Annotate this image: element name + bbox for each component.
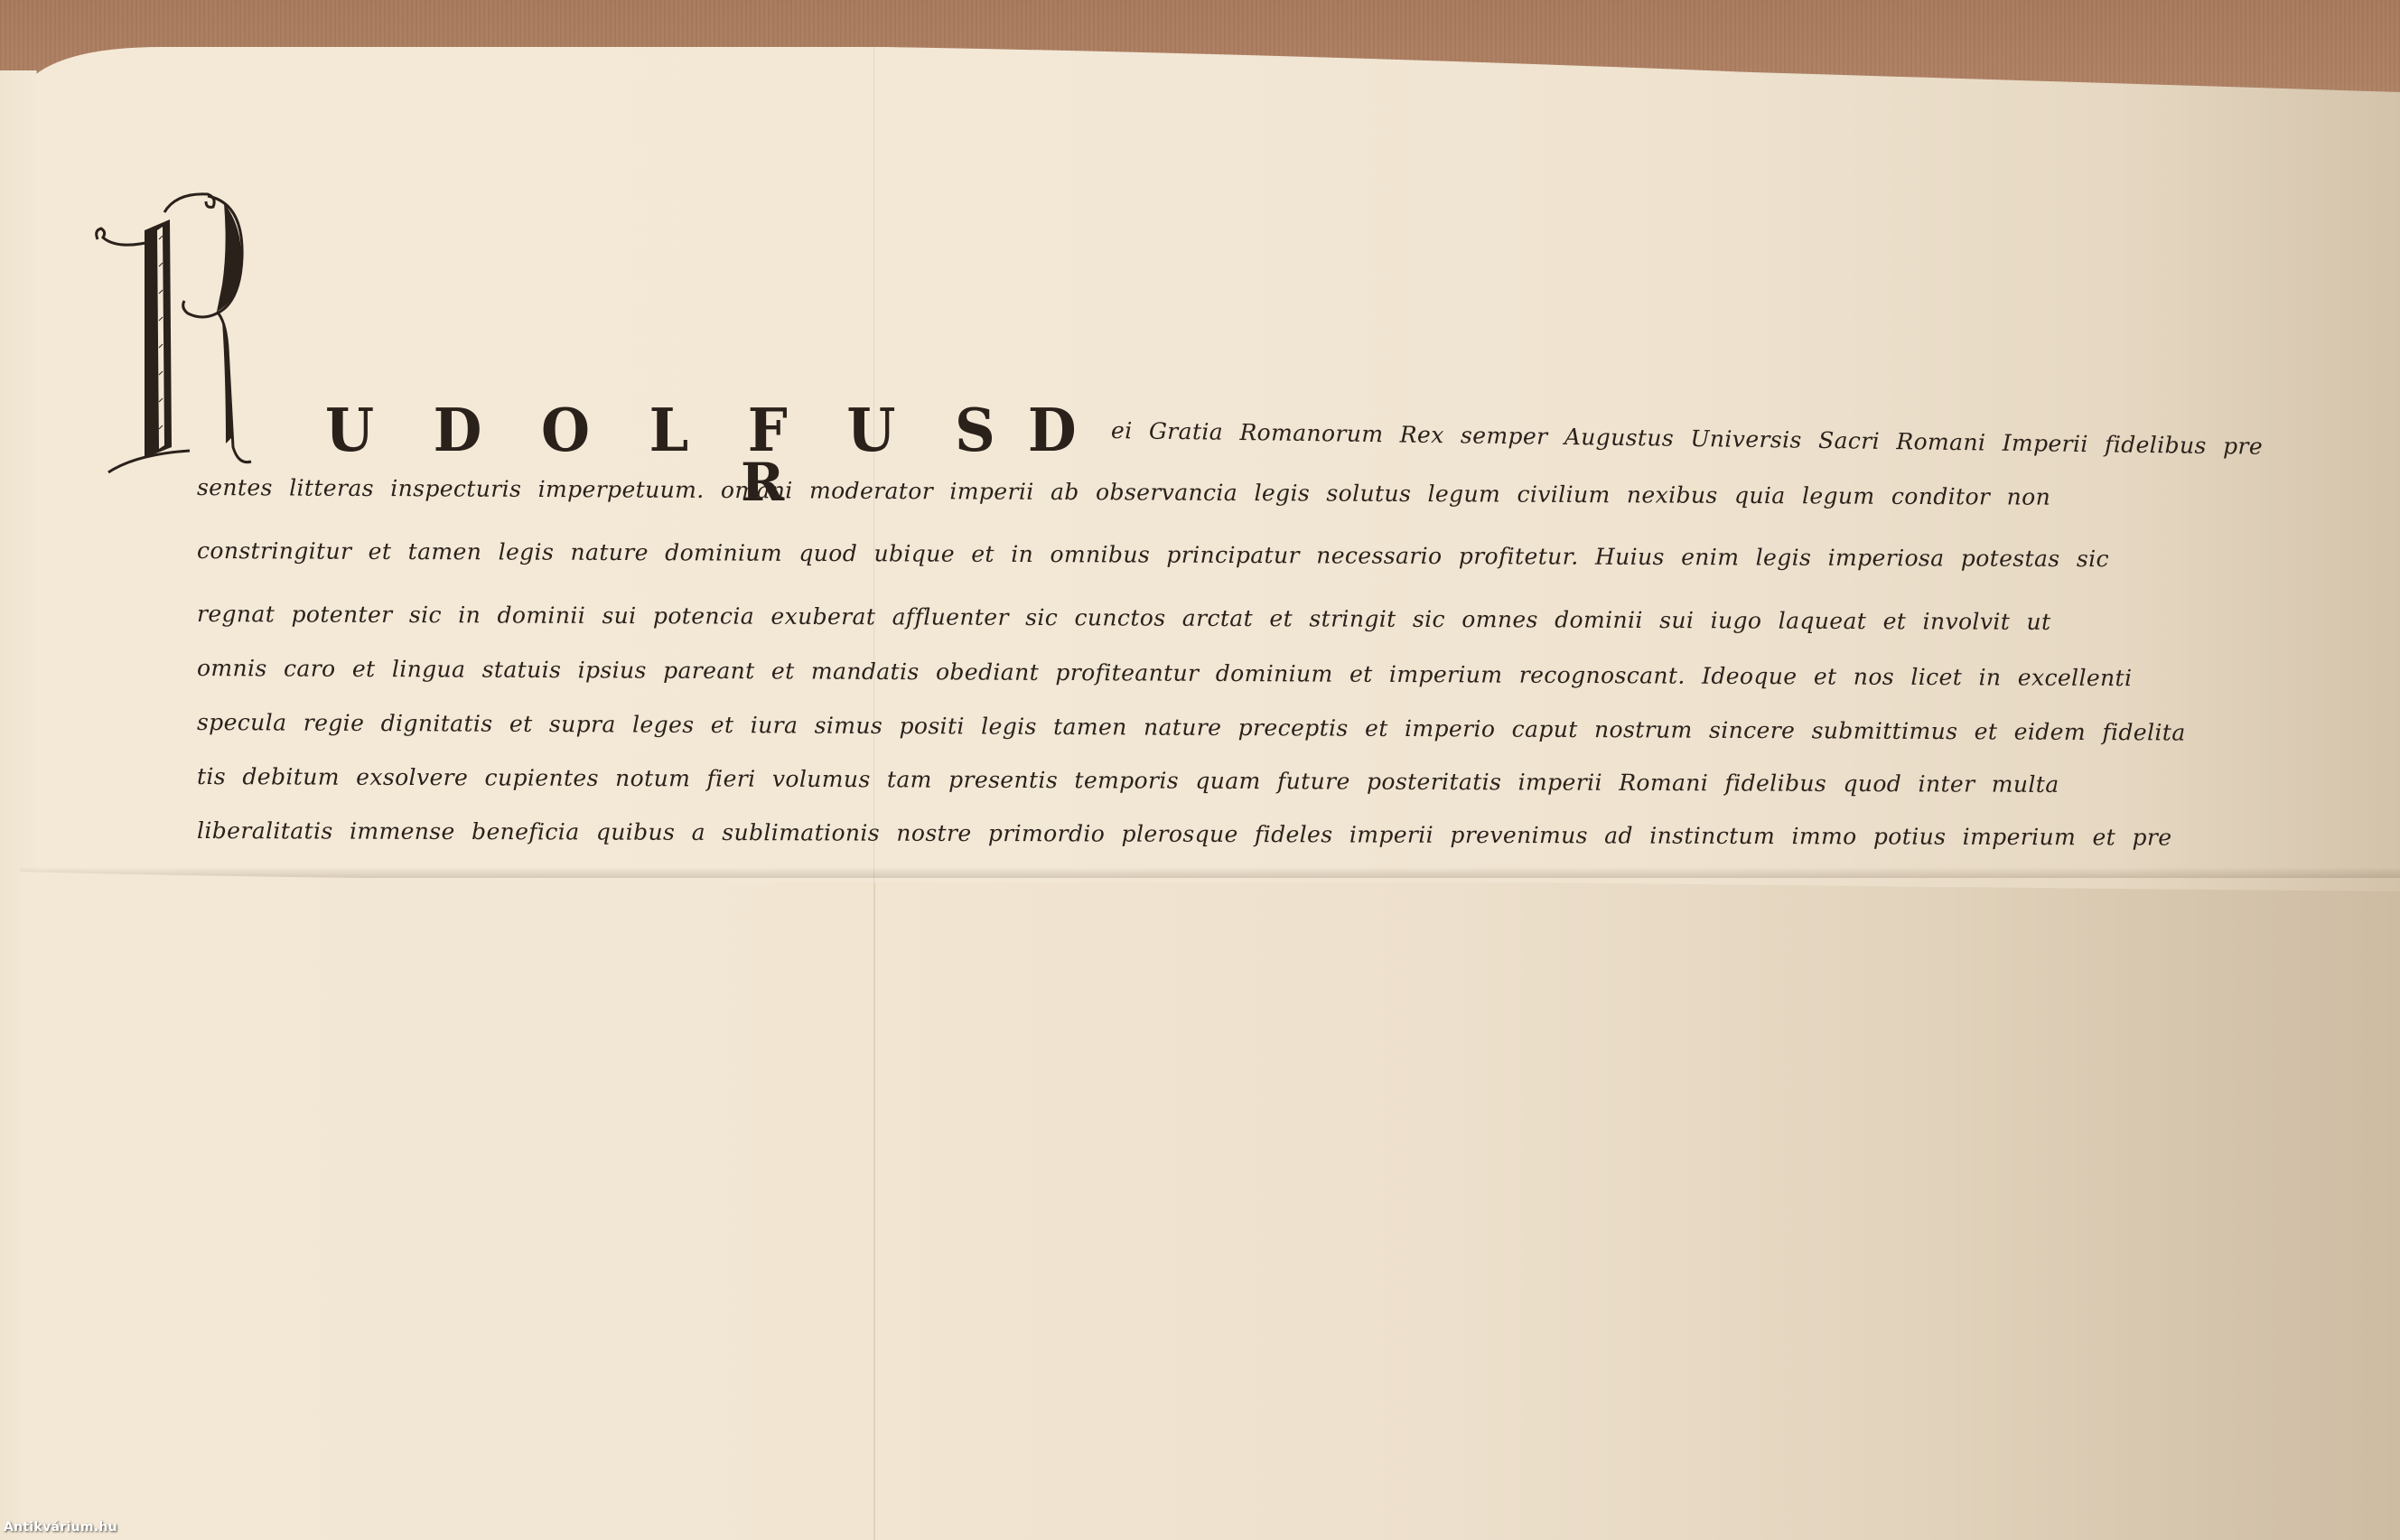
- charter-title-line: U D O L F U S D: [325, 397, 1097, 463]
- charter-line: liberalitatis immense beneficia quibus a…: [197, 817, 2172, 851]
- charter-line: sentes litteras inspecturis imperpetuum.…: [197, 474, 2050, 510]
- fold-shadow: [20, 867, 2400, 878]
- title-capital-d: D: [1028, 396, 1097, 465]
- title-capitals: U D O L F U S: [325, 396, 1015, 465]
- charter-line: omnis caro et lingua statuis ipsius pare…: [197, 655, 2133, 691]
- sheet-crease: [873, 872, 875, 1540]
- photo-scene: U D O L F U S D R ei Gratia Romanorum Re…: [0, 0, 2400, 1540]
- charter-line: tis debitum exsolvere cupientes notum fi…: [197, 763, 2059, 798]
- folded-cover-sheet: [20, 872, 2400, 1540]
- charter-line: regnat potenter sic in dominii sui poten…: [197, 601, 2051, 635]
- decorated-initial-r: [90, 176, 325, 474]
- charter-text-block: U D O L F U S D R ei Gratia Romanorum Re…: [0, 0, 2400, 903]
- charter-line: specula regie dignitatis et supra leges …: [197, 709, 2186, 746]
- charter-line: constringitur et tamen legis nature domi…: [197, 537, 2109, 572]
- watermark: Antikvárium.hu: [4, 1520, 117, 1535]
- charter-line: ei Gratia Romanorum Rex semper Augustus …: [1111, 417, 2263, 460]
